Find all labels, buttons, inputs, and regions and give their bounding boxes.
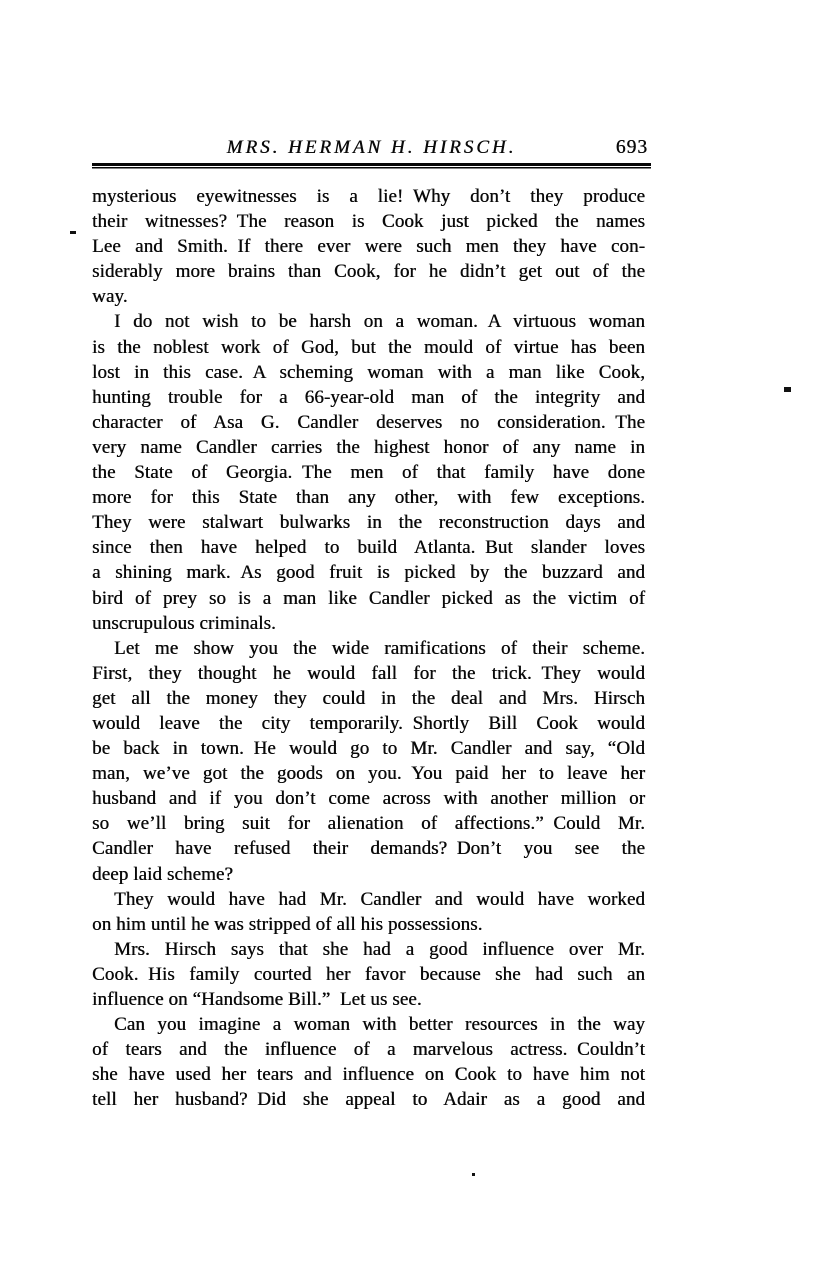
text-line: lost in this case. A scheming woman with…: [92, 360, 645, 385]
text-line: hunting trouble for a 66-year-old man of…: [92, 385, 645, 410]
text-line: on him until he was stripped of all his …: [92, 912, 645, 937]
text-line: Cook. His family courted her favor becau…: [92, 962, 645, 987]
text-line: way.: [92, 284, 645, 309]
text-line: of tears and the influence of a marvelou…: [92, 1037, 645, 1062]
text-line: is the noblest work of God, but the moul…: [92, 335, 645, 360]
text-line: siderably more brains than Cook, for he …: [92, 259, 645, 284]
text-line: man, we’ve got the goods on you. You pai…: [92, 761, 645, 786]
text-line: influence on “Handsome Bill.” Let us see…: [92, 987, 645, 1012]
text-line: bird of prey so is a man like Candler pi…: [92, 586, 645, 611]
text-line: the State of Georgia. The men of that fa…: [92, 460, 645, 485]
text-line: character of Asa G. Candler deserves no …: [92, 410, 645, 435]
page-number: 693: [616, 137, 648, 159]
text-line: First, they thought he would fall for th…: [92, 661, 645, 686]
text-line: get all the money they could in the deal…: [92, 686, 645, 711]
text-line: a shining mark. As good fruit is picked …: [92, 560, 645, 585]
text-line: she have used her tears and influence on…: [92, 1062, 645, 1087]
text-line: more for this State than any other, with…: [92, 485, 645, 510]
text-line: They would have had Mr. Candler and woul…: [92, 887, 645, 912]
text-line: mysterious eyewitnesses is a lie! Why do…: [92, 184, 645, 209]
header-title: MRS. HERMAN H. HIRSCH.: [92, 137, 651, 159]
text-line: I do not wish to be harsh on a woman. A …: [92, 309, 645, 334]
text-line: deep laid scheme?: [92, 862, 645, 887]
header-rule: [92, 163, 651, 167]
text-line: unscrupulous criminals.: [92, 611, 645, 636]
text-line: They were stalwart bulwarks in the recon…: [92, 510, 645, 535]
text-line: since then have helped to build Atlanta.…: [92, 535, 645, 560]
scan-speck: [70, 231, 76, 234]
scan-speck: [472, 1173, 475, 1176]
text-line: Mrs. Hirsch says that she had a good inf…: [92, 937, 645, 962]
running-header: MRS. HERMAN H. HIRSCH. 693: [92, 137, 651, 161]
page-body: mysterious eyewitnesses is a lie! Why do…: [92, 184, 645, 1112]
text-line: Candler have refused their demands? Don’…: [92, 836, 645, 861]
book-page: MRS. HERMAN H. HIRSCH. 693 mysterious ey…: [0, 0, 836, 1284]
text-line: their witnesses? The reason is Cook just…: [92, 209, 645, 234]
text-line: so we’ll bring suit for alienation of af…: [92, 811, 645, 836]
text-line: husband and if you don’t come across wit…: [92, 786, 645, 811]
text-line: be back in town. He would go to Mr. Cand…: [92, 736, 645, 761]
text-line: Let me show you the wide ramifications o…: [92, 636, 645, 661]
text-line: would leave the city temporarily. Shortl…: [92, 711, 645, 736]
scan-speck: [784, 387, 791, 392]
text-line: very name Candler carries the highest ho…: [92, 435, 645, 460]
text-line: Can you imagine a woman with better reso…: [92, 1012, 645, 1037]
text-line: Lee and Smith. If there ever were such m…: [92, 234, 645, 259]
text-line: tell her husband? Did she appeal to Adai…: [92, 1087, 645, 1112]
